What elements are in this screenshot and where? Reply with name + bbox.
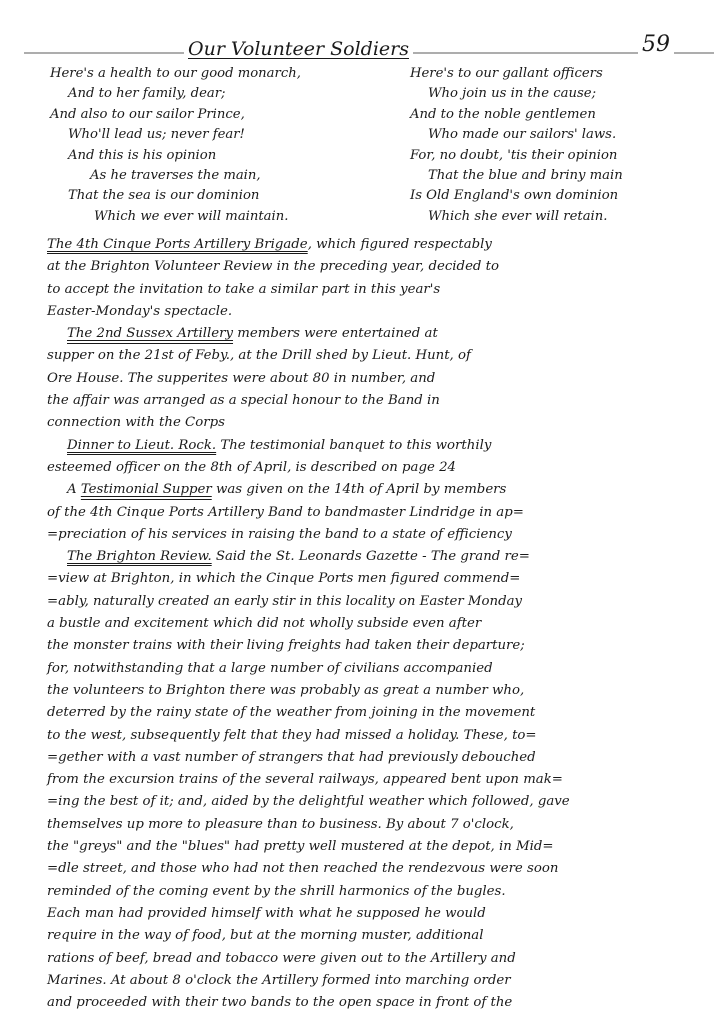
paragraph-line: the "greys" and the "blues" had pretty w… xyxy=(47,836,689,858)
poem-line: As he traverses the main, xyxy=(50,166,380,186)
paragraph-line: the affair was arranged as a special hon… xyxy=(47,390,689,412)
paragraph-line: and proceeded with their two bands to th… xyxy=(47,992,689,1014)
page-title: Our Volunteer Soldiers xyxy=(184,38,413,60)
paragraph-line: supper on the 21st of Feby., at the Dril… xyxy=(47,345,689,367)
paragraph-line: A Testimonial Supper was given on the 14… xyxy=(47,479,689,501)
poem-right-column: Here's to our gallant officers Who join … xyxy=(410,64,710,227)
paragraph-line: =dle street, and those who had not then … xyxy=(47,858,689,880)
paragraph-line: to the west, subsequently felt that they… xyxy=(47,725,689,747)
paragraph-line: themselves up more to pleasure than to b… xyxy=(47,814,689,836)
poem-line: That the sea is our dominion xyxy=(50,186,380,206)
poem-line: That the blue and briny main xyxy=(410,166,710,186)
paragraph-line: to accept the invitation to take a simil… xyxy=(47,279,689,301)
paragraph-line: =ing the best of it; and, aided by the d… xyxy=(47,791,689,813)
page-header: Our Volunteer Soldiers 59 xyxy=(24,38,714,64)
paragraph-line: =view at Brighton, in which the Cinque P… xyxy=(47,568,689,590)
paragraph-line: deterred by the rainy state of the weath… xyxy=(47,702,689,724)
poem-line: For, no doubt, 'tis their opinion xyxy=(410,146,710,166)
paragraph-line: of the 4th Cinque Ports Artillery Band t… xyxy=(47,502,689,524)
poem-line: Here's to our gallant officers xyxy=(410,64,710,84)
paragraph-line: a bustle and excitement which did not wh… xyxy=(47,613,689,635)
paragraph-line: at the Brighton Volunteer Review in the … xyxy=(47,256,689,278)
poem-line: Is Old England's own dominion xyxy=(410,186,710,206)
section-heading: The Brighton Review. xyxy=(67,549,212,564)
paragraph-line: Dinner to Lieut. Rock. The testimonial b… xyxy=(47,435,689,457)
poem-line: And also to our sailor Prince, xyxy=(50,105,380,125)
paragraph-line: =gether with a vast number of strangers … xyxy=(47,747,689,769)
paragraph-line: The 2nd Sussex Artillery members were en… xyxy=(47,323,689,345)
paragraph-line: connection with the Corps xyxy=(47,412,689,434)
paragraph-line: Marines. At about 8 o'clock the Artiller… xyxy=(47,970,689,992)
paragraph-line: esteemed officer on the 8th of April, is… xyxy=(47,457,689,479)
paragraph-line: for, notwithstanding that a large number… xyxy=(47,658,689,680)
poem-line: Who join us in the cause; xyxy=(410,84,710,104)
section-heading: The 4th Cinque Ports Artillery Brigade xyxy=(47,237,308,252)
paragraph-line: The 4th Cinque Ports Artillery Brigade, … xyxy=(47,234,689,256)
paragraph-line: Easter-Monday's spectacle. xyxy=(47,301,689,323)
poem-line: And to the noble gentlemen xyxy=(410,105,710,125)
page-number: 59 xyxy=(638,32,674,57)
paragraph-line: rations of beef, bread and tobacco were … xyxy=(47,948,689,970)
paragraph-line: =preciation of his services in raising t… xyxy=(47,524,689,546)
poem-line: And this is his opinion xyxy=(50,146,380,166)
section-heading: The 2nd Sussex Artillery xyxy=(67,326,233,341)
manuscript-page: Our Volunteer Soldiers 59 Here's a healt… xyxy=(0,0,715,1024)
poem-line: And to her family, dear; xyxy=(50,84,380,104)
paragraph-line: from the excursion trains of the several… xyxy=(47,769,689,791)
paragraph-line: The Brighton Review. Said the St. Leonar… xyxy=(47,546,689,568)
poem-line: Who'll lead us; never fear! xyxy=(50,125,380,145)
paragraph-line: require in the way of food, but at the m… xyxy=(47,925,689,947)
poem-line: Which we ever will maintain. xyxy=(50,207,380,227)
poem-left-column: Here's a health to our good monarch, And… xyxy=(50,64,380,227)
poem-line: Which she ever will retain. xyxy=(410,207,710,227)
body-text: The 4th Cinque Ports Artillery Brigade, … xyxy=(47,234,689,1014)
section-heading: Testimonial Supper xyxy=(81,482,212,497)
poem-line: Here's a health to our good monarch, xyxy=(50,64,380,84)
paragraph-line: =ably, naturally created an early stir i… xyxy=(47,591,689,613)
paragraph-line: Ore House. The supperites were about 80 … xyxy=(47,368,689,390)
paragraph-line: reminded of the coming event by the shri… xyxy=(47,881,689,903)
paragraph-line: the volunteers to Brighton there was pro… xyxy=(47,680,689,702)
paragraph-line: the monster trains with their living fre… xyxy=(47,635,689,657)
paragraph-line: Each man had provided himself with what … xyxy=(47,903,689,925)
section-heading: Dinner to Lieut. Rock. xyxy=(67,438,216,453)
poem-line: Who made our sailors' laws. xyxy=(410,125,710,145)
